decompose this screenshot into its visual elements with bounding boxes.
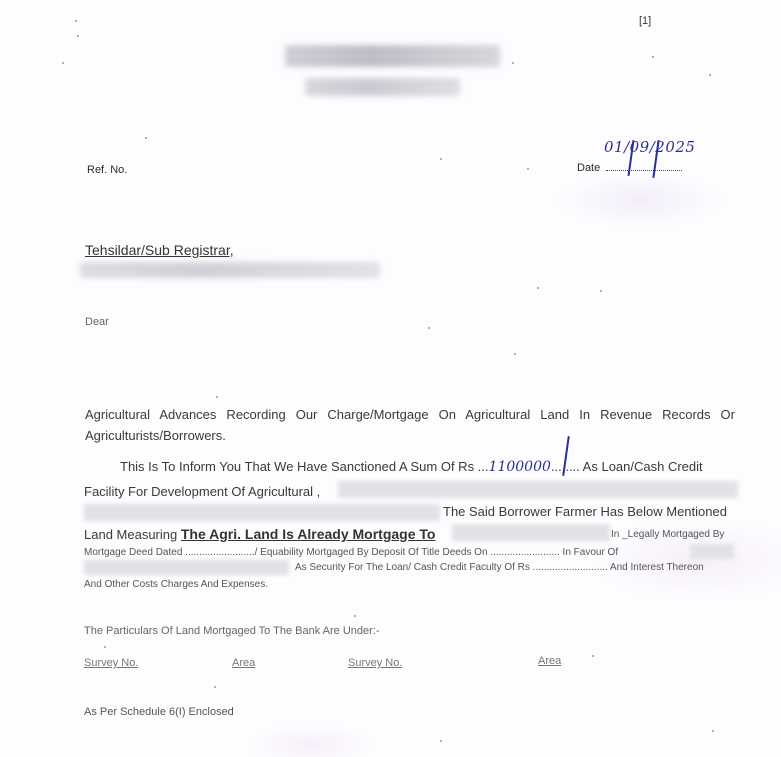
scan-speck — [712, 730, 714, 732]
table-header-survey-no-2: Survey No. — [348, 657, 402, 669]
scan-speck — [514, 353, 516, 355]
scan-speck — [354, 615, 356, 617]
scan-speck — [62, 62, 64, 64]
scanned-letter-page: [1] Ref. No. Date 01/09/2025 Tehsildar/S… — [0, 0, 781, 757]
redacted-favour-of — [690, 544, 734, 559]
scan-speck — [440, 158, 442, 160]
table-header-area-2: Area — [538, 655, 561, 667]
table-header-survey-no-1: Survey No. — [84, 657, 138, 669]
body-line-4-suffix: In _Legally Mortgaged By — [611, 529, 724, 540]
body-line-3: The Said Borrower Farmer Has Below Menti… — [443, 504, 727, 519]
scan-speck — [592, 655, 594, 657]
table-header-area-1: Area — [232, 657, 255, 669]
scan-speck — [77, 35, 79, 37]
scan-speck — [145, 137, 147, 139]
body-line-1: This Is To Inform You That We Have Sanct… — [120, 459, 703, 475]
scan-speck — [216, 396, 218, 398]
salutation: Dear — [85, 316, 109, 328]
ref-no-label: Ref. No. — [87, 164, 127, 176]
date-dotted-line — [606, 170, 682, 171]
scan-speck — [709, 74, 711, 76]
scan-speck — [104, 646, 106, 648]
scan-speck — [75, 20, 77, 22]
scan-speck — [527, 168, 529, 170]
already-mortgaged-note: The Agri. Land Is Already Mortgage To — [181, 526, 436, 542]
body-line-6: As Security For The Loan/ Cash Credit Fa… — [295, 562, 704, 573]
redacted-borrower-name — [84, 560, 289, 575]
redacted-mortgagee — [452, 524, 610, 541]
handwritten-sanctioned-amount: 1100000 — [489, 459, 551, 475]
scan-speck — [428, 327, 430, 329]
redacted-branch-name — [305, 78, 460, 96]
schedule-note: As Per Schedule 6(I) Enclosed — [84, 706, 234, 718]
scan-speck — [214, 686, 216, 688]
land-measuring-label: Land Measuring — [84, 527, 177, 542]
body-line-7: And Other Costs Charges And Expenses. — [84, 579, 268, 590]
body-line-2: Facility For Development Of Agricultural… — [84, 484, 320, 499]
scan-speck — [537, 287, 539, 289]
redacted-address — [80, 262, 380, 278]
scan-speck — [600, 290, 602, 292]
page-number: [1] — [639, 15, 651, 27]
scan-speck — [512, 62, 514, 64]
body-line-5: Mortgage Deed Dated ....................… — [84, 547, 618, 558]
date-label: Date — [577, 162, 600, 174]
handwritten-date: 01/09/2025 — [604, 138, 695, 156]
scan-speck — [652, 56, 654, 58]
redacted-purpose — [338, 481, 738, 498]
body-line-1-suffix: ........ As Loan/Cash Credit — [551, 459, 703, 474]
body-line-1-prefix: This Is To Inform You That We Have Sanct… — [120, 459, 489, 474]
body-line-4: Land Measuring The Agri. Land Is Already… — [84, 526, 435, 542]
addressee: Tehsildar/Sub Registrar, — [85, 242, 234, 258]
redacted-bank-name — [285, 45, 500, 67]
scan-speck — [440, 740, 442, 742]
particulars-heading: The Particulars Of Land Mortgaged To The… — [84, 625, 380, 637]
subject-line: Agricultural Advances Recording Our Char… — [85, 404, 735, 446]
redacted-borrower-details — [84, 504, 440, 521]
